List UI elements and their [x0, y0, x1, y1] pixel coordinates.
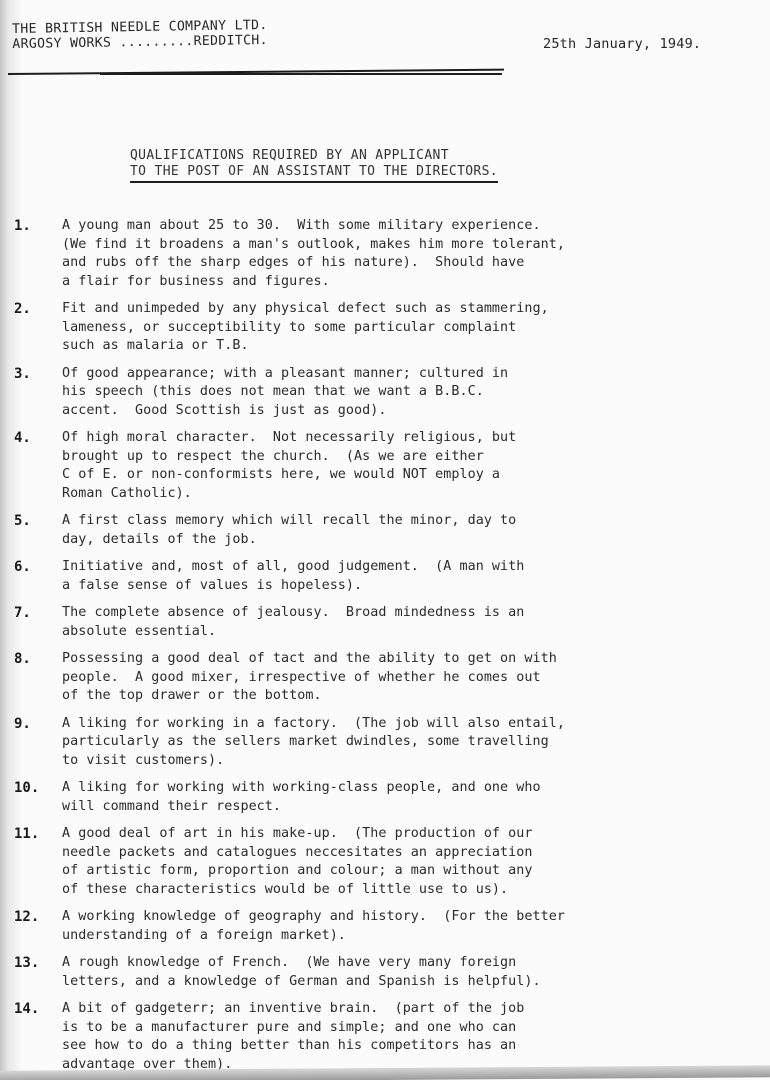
document-title: QUALIFICATIONS REQUIRED BY AN APPLICANT …: [130, 148, 498, 183]
letter-date: 25th January, 1949.: [543, 36, 701, 52]
item-number: 2.: [14, 300, 62, 356]
item-text-line: a false sense of values is hopeless).: [62, 577, 524, 596]
item-number: 8.: [14, 650, 62, 706]
item-text-line: accent. Good Scottish is just as good).: [62, 402, 508, 421]
item-number: 11.: [14, 825, 62, 899]
item-text: Possessing a good deal of tact and the a…: [62, 650, 557, 706]
item-number: 5.: [14, 512, 62, 549]
typed-letter-page: THE BRITISH NEEDLE COMPANY LTD. ARGOSY W…: [0, 0, 770, 1080]
item-number: 6.: [14, 558, 62, 595]
item-text-line: A liking for working with working-class …: [62, 779, 541, 798]
item-text-line: brought up to respect the church. (As we…: [62, 448, 516, 467]
item-text-line: needle packets and catalogues neccesitat…: [62, 844, 533, 863]
item-number: 7.: [14, 604, 62, 641]
item-text-line: Of good appearance; with a pleasant mann…: [62, 365, 508, 384]
item-number: 13.: [14, 954, 62, 991]
item-number: 10.: [14, 779, 62, 816]
item-text-line: A bit of gadgeterr; an inventive brain. …: [62, 1000, 524, 1019]
item-text-line: letters, and a knowledge of German and S…: [62, 973, 541, 992]
item-text-line: lameness, or succeptibility to some part…: [62, 319, 549, 338]
list-item: 3.Of good appearance; with a pleasant ma…: [14, 365, 754, 421]
item-text: Of good appearance; with a pleasant mann…: [62, 365, 508, 421]
item-text: A working knowledge of geography and his…: [62, 908, 565, 945]
item-text-line: a flair for business and figures.: [62, 273, 565, 292]
letterhead: THE BRITISH NEEDLE COMPANY LTD. ARGOSY W…: [12, 18, 268, 52]
item-text-line: A young man about 25 to 30. With some mi…: [62, 217, 565, 236]
item-number: 1.: [14, 217, 62, 291]
list-item: 4.Of high moral character. Not necessari…: [14, 429, 754, 503]
item-text-line: A rough knowledge of French. (We have ve…: [62, 954, 541, 973]
item-text: Of high moral character. Not necessarily…: [62, 429, 516, 503]
item-text-line: is to be a manufacturer pure and simple;…: [62, 1019, 524, 1038]
item-text-line: particularly as the sellers market dwind…: [62, 733, 565, 752]
item-text: A first class memory which will recall t…: [62, 512, 516, 549]
item-text-line: Fit and unimpeded by any physical defect…: [62, 300, 549, 319]
item-text-line: Initiative and, most of all, good judgem…: [62, 558, 524, 577]
item-text: A good deal of art in his make-up. (The …: [62, 825, 533, 899]
item-text-line: A liking for working in a factory. (The …: [62, 715, 565, 734]
item-text-line: day, details of the job.: [62, 531, 516, 550]
list-item: 6.Initiative and, most of all, good judg…: [14, 558, 754, 595]
list-item: 1.A young man about 25 to 30. With some …: [14, 217, 754, 291]
item-text-line: C of E. or non-conformists here, we woul…: [62, 466, 516, 485]
item-text: A liking for working in a factory. (The …: [62, 715, 565, 771]
item-number: 14.: [14, 1000, 62, 1074]
item-text-line: see how to do a thing better than his co…: [62, 1037, 524, 1056]
item-text: Fit and unimpeded by any physical defect…: [62, 300, 549, 356]
qualifications-list: 1.A young man about 25 to 30. With some …: [14, 217, 754, 1080]
item-text-line: Possessing a good deal of tact and the a…: [62, 650, 557, 669]
item-number: 4.: [14, 429, 62, 503]
list-item: 11.A good deal of art in his make-up. (T…: [14, 825, 754, 899]
list-item: 10.A liking for working with working-cla…: [14, 779, 754, 816]
list-item: 7.The complete absence of jealousy. Broa…: [14, 604, 754, 641]
company-address: ARGOSY WORKS .........REDDITCH.: [12, 33, 268, 52]
item-text-line: his speech (this does not mean that we w…: [62, 383, 508, 402]
item-text-line: such as malaria or T.B.: [62, 337, 549, 356]
item-text-line: and rubs off the sharp edges of his natu…: [62, 254, 565, 273]
item-number: 3.: [14, 365, 62, 421]
item-text-line: to visit customers).: [62, 752, 565, 771]
item-text: A rough knowledge of French. (We have ve…: [62, 954, 541, 991]
item-text-line: will command their respect.: [62, 798, 541, 817]
item-text-line: A good deal of art in his make-up. (The …: [62, 825, 533, 844]
item-text-line: (We find it broadens a man's outlook, ma…: [62, 236, 565, 255]
item-text-line: of these characteristics would be of lit…: [62, 881, 533, 900]
list-item: 8.Possessing a good deal of tact and the…: [14, 650, 754, 706]
list-item: 2.Fit and unimpeded by any physical defe…: [14, 300, 754, 356]
item-text: A liking for working with working-class …: [62, 779, 541, 816]
item-text: A young man about 25 to 30. With some mi…: [62, 217, 565, 291]
list-item: 14.A bit of gadgeterr; an inventive brai…: [14, 1000, 754, 1074]
title-line-2: TO THE POST OF AN ASSISTANT TO THE DIREC…: [130, 164, 498, 183]
item-text: A bit of gadgeterr; an inventive brain. …: [62, 1000, 524, 1074]
item-text-line: of artistic form, proportion and colour;…: [62, 862, 533, 881]
item-text: The complete absence of jealousy. Broad …: [62, 604, 524, 641]
item-text-line: A working knowledge of geography and his…: [62, 908, 565, 927]
title-line-1: QUALIFICATIONS REQUIRED BY AN APPLICANT: [130, 148, 498, 164]
item-text-line: people. A good mixer, irrespective of wh…: [62, 669, 557, 688]
list-item: 9.A liking for working in a factory. (Th…: [14, 715, 754, 771]
item-text-line: absolute essential.: [62, 623, 524, 642]
item-text-line: Roman Catholic).: [62, 485, 516, 504]
header-rule-continuation: [100, 73, 502, 75]
item-text: Initiative and, most of all, good judgem…: [62, 558, 524, 595]
item-number: 12.: [14, 908, 62, 945]
item-text-line: of the top drawer or the bottom.: [62, 687, 557, 706]
item-text-line: Of high moral character. Not necessarily…: [62, 429, 516, 448]
item-text-line: A first class memory which will recall t…: [62, 512, 516, 531]
item-text-line: understanding of a foreign market).: [62, 927, 565, 946]
list-item: 5.A first class memory which will recall…: [14, 512, 754, 549]
item-text-line: The complete absence of jealousy. Broad …: [62, 604, 524, 623]
item-number: 9.: [14, 715, 62, 771]
list-item: 13.A rough knowledge of French. (We have…: [14, 954, 754, 991]
list-item: 12.A working knowledge of geography and …: [14, 908, 754, 945]
